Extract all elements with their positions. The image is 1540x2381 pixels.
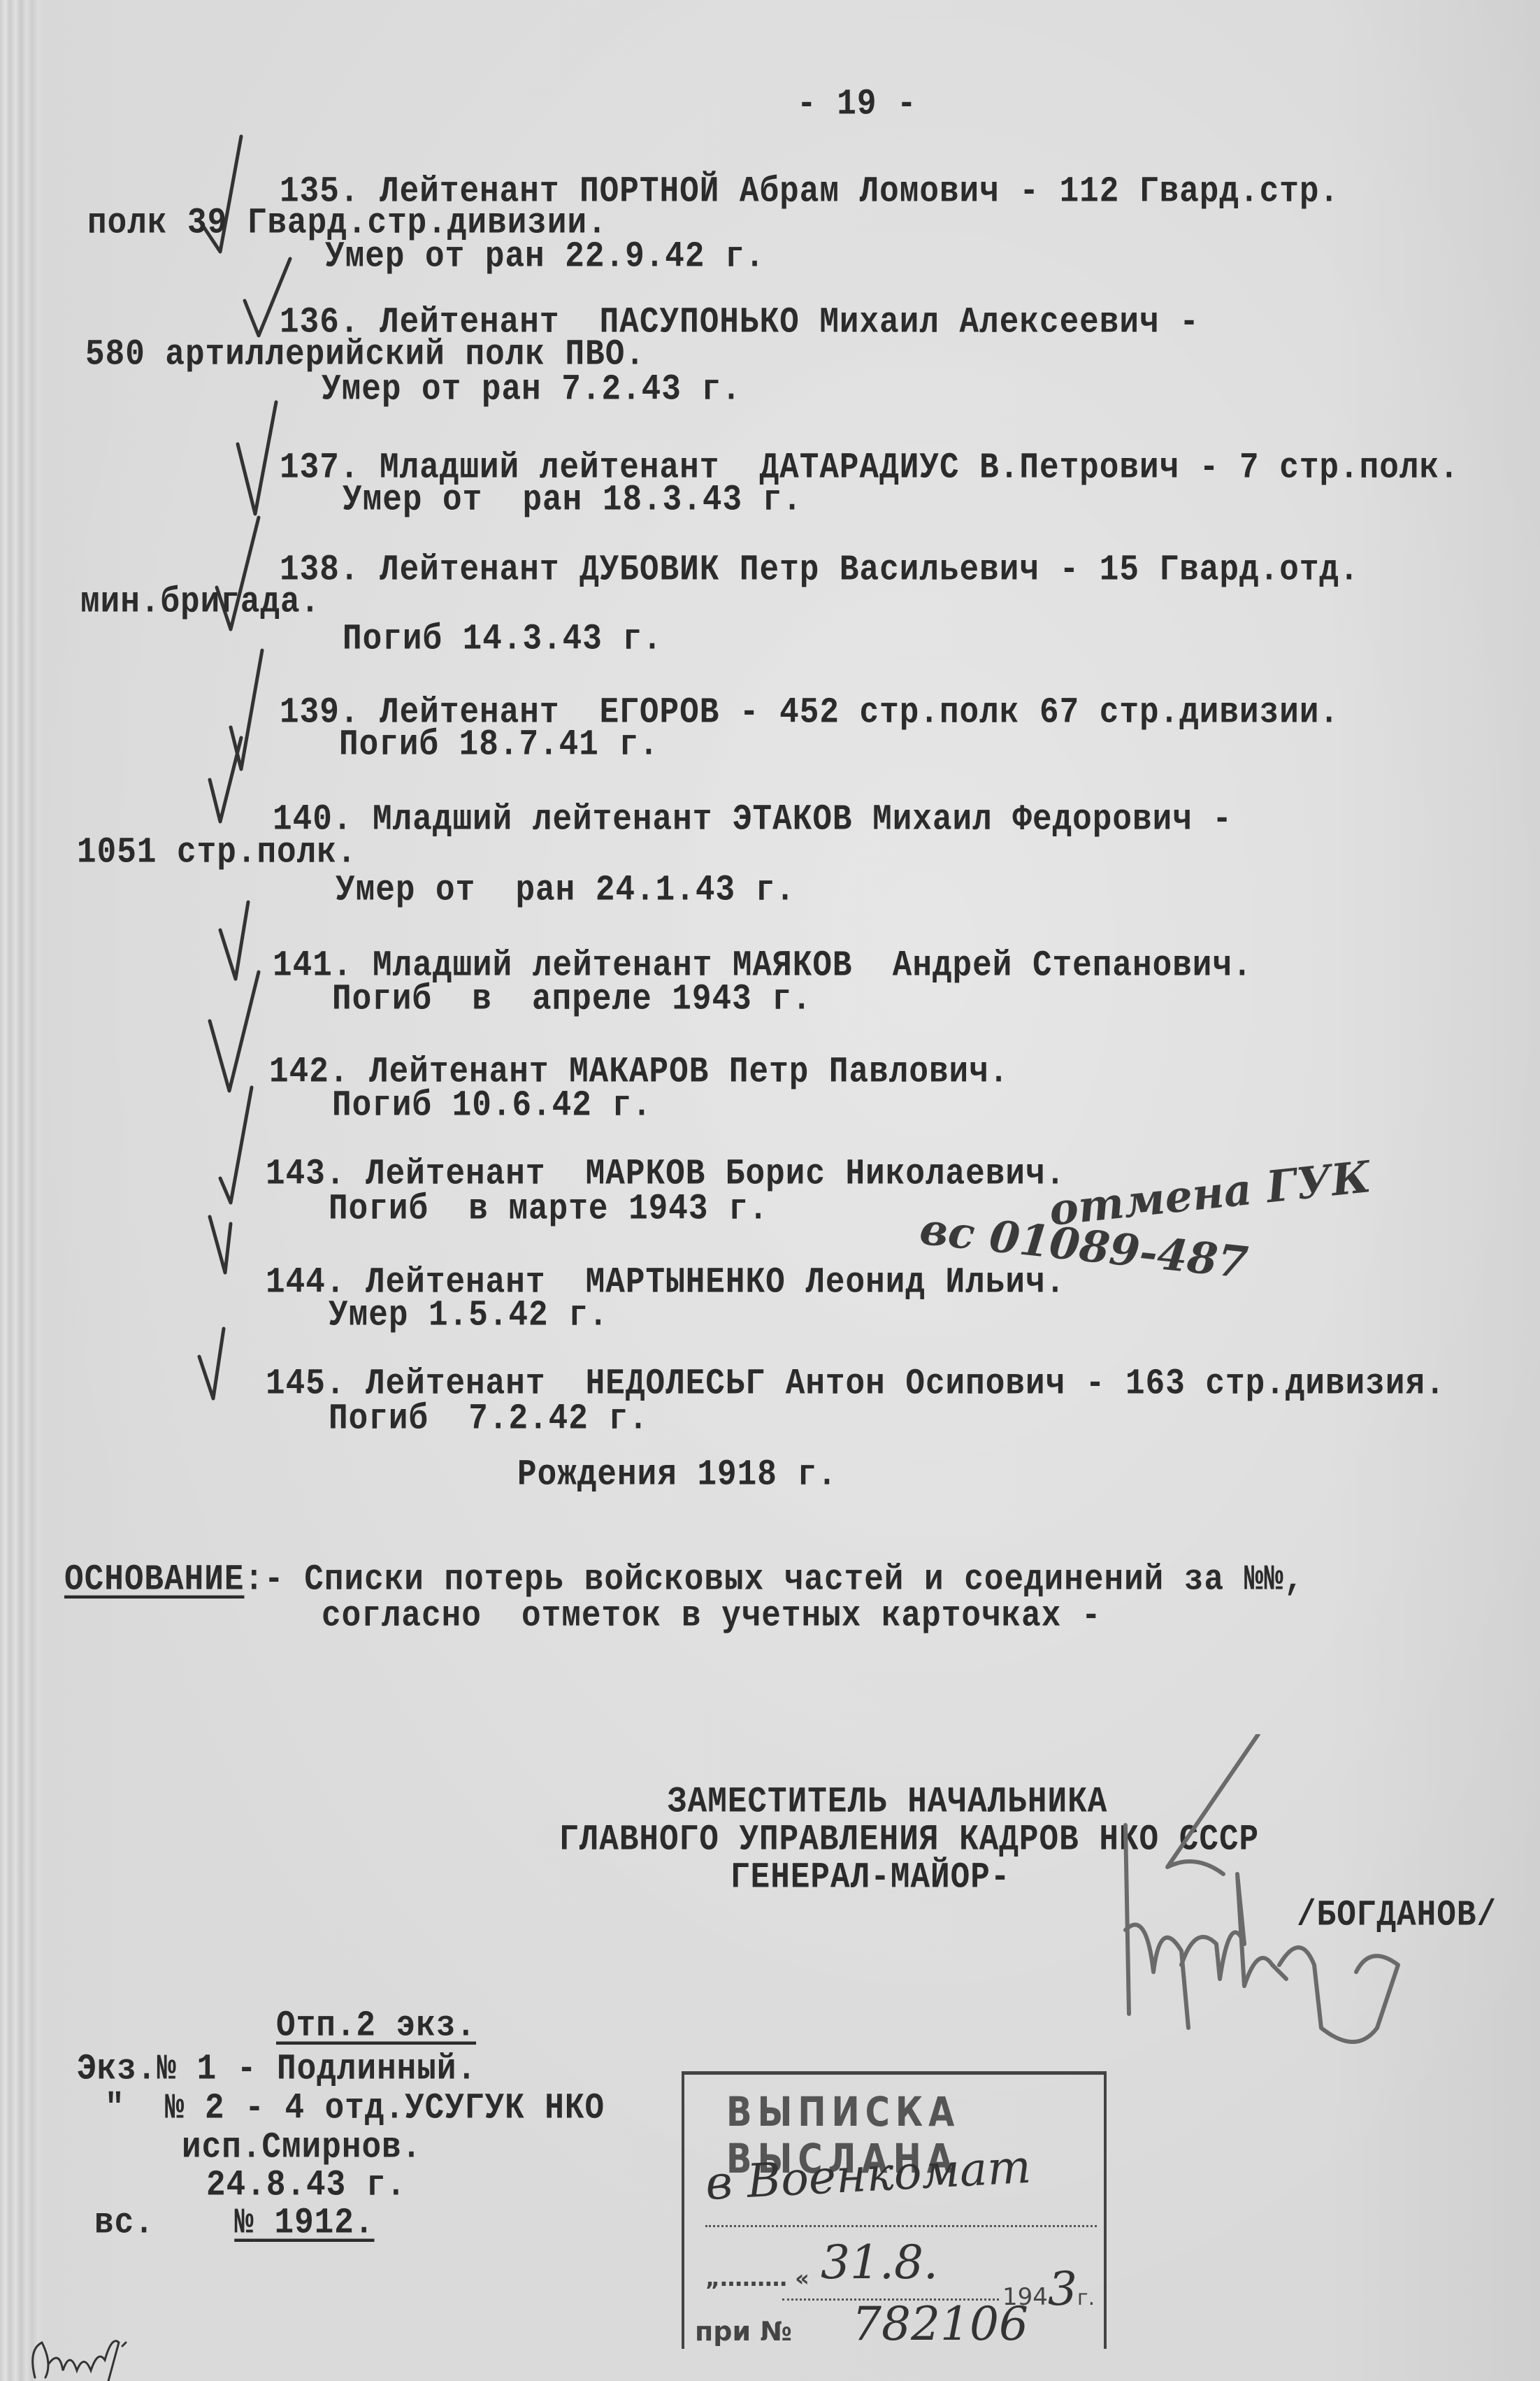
- entry-139-status: Погиб 18.7.41 г.: [339, 724, 659, 765]
- entry-140-line1: 140. Младший лейтенант ЭТАКОВ Михаил Фед…: [273, 799, 1232, 840]
- stamp-quote-mark: „……… «: [705, 2265, 809, 2291]
- stamp-dotted-line: [705, 2225, 1097, 2227]
- outgoing-number: № 1912.: [234, 2203, 374, 2243]
- entry-143-status: Погиб в марте 1943 г.: [329, 1189, 768, 1229]
- entry-144-status: Умер 1.5.42 г.: [329, 1295, 608, 1336]
- handwritten-signature: [1077, 1734, 1482, 2063]
- document-page: - 19 - 135. Лейтенант ПОРТНОЙ Абрам Ломо…: [0, 0, 1540, 2381]
- checkmark-icon: [210, 1217, 273, 1336]
- entry-135-status: Умер от ран 22.9.42 г.: [325, 236, 765, 277]
- handwritten-initials: [28, 2322, 154, 2381]
- checkmark-icon: [199, 1343, 262, 1461]
- entry-138-status: Погиб 14.3.43 г.: [343, 619, 663, 659]
- entry-145-status: Погиб 7.2.42 г.: [329, 1399, 649, 1439]
- basis-separator: :-: [244, 1559, 284, 1600]
- executor: исп.Смирнов.: [182, 2127, 422, 2168]
- entry-142-status: Погиб 10.6.42 г.: [332, 1085, 652, 1126]
- entry-136-status: Умер от ран 7.2.43 г.: [322, 369, 742, 410]
- stamp-number-label: при №: [695, 2316, 792, 2347]
- dispatch-stamp: ВЫПИСКА ВЫСЛАНА в Военкомат „……… « 31.8.…: [682, 2071, 1107, 2349]
- dispatch-date: 24.8.43 г.: [206, 2165, 406, 2205]
- entry-138-line2: мин.бригада.: [80, 582, 320, 622]
- entry-138-line1: 138. Лейтенант ДУБОВИК Петр Васильевич -…: [280, 550, 1360, 590]
- entry-137-status: Умер от ран 18.3.43 г.: [343, 480, 803, 520]
- birth-year-note: Рождения 1918 г.: [517, 1454, 837, 1495]
- copy-2-recipient: " № 2 - 4 отд.УСУГУК НКО: [105, 2088, 605, 2129]
- entry-140-line2: 1051 стр.полк.: [77, 832, 357, 873]
- signatory-title-line1: ЗАМЕСТИТЕЛЬ НАЧАЛЬНИКА: [668, 1782, 1107, 1822]
- copy-1-original: Экз.№ 1 - Подлинный.: [77, 2049, 477, 2089]
- outgoing-number-row: вс. № 1912.: [94, 2203, 375, 2243]
- entry-141-status: Погиб в апреле 1943 г.: [332, 979, 812, 1020]
- copies-count: Отп.2 экз.: [276, 2005, 476, 2046]
- entry-140-status: Умер от ран 24.1.43 г.: [336, 870, 796, 910]
- basis-line1: Списки потерь войсковых частей и соедине…: [304, 1559, 1304, 1600]
- basis-row: ОСНОВАНИЕ:- Списки потерь войсковых част…: [64, 1559, 1304, 1600]
- stamp-date: 31.8.: [821, 2236, 938, 2289]
- stamp-number: 782106: [852, 2297, 1028, 2351]
- basis-line2: согласно отметок в учетных карточках -: [322, 1596, 1102, 1636]
- basis-label: ОСНОВАНИЕ: [64, 1559, 244, 1600]
- signatory-rank: ГЕНЕРАЛ-МАЙОР-: [731, 1857, 1010, 1898]
- page-number: - 19 -: [797, 84, 917, 124]
